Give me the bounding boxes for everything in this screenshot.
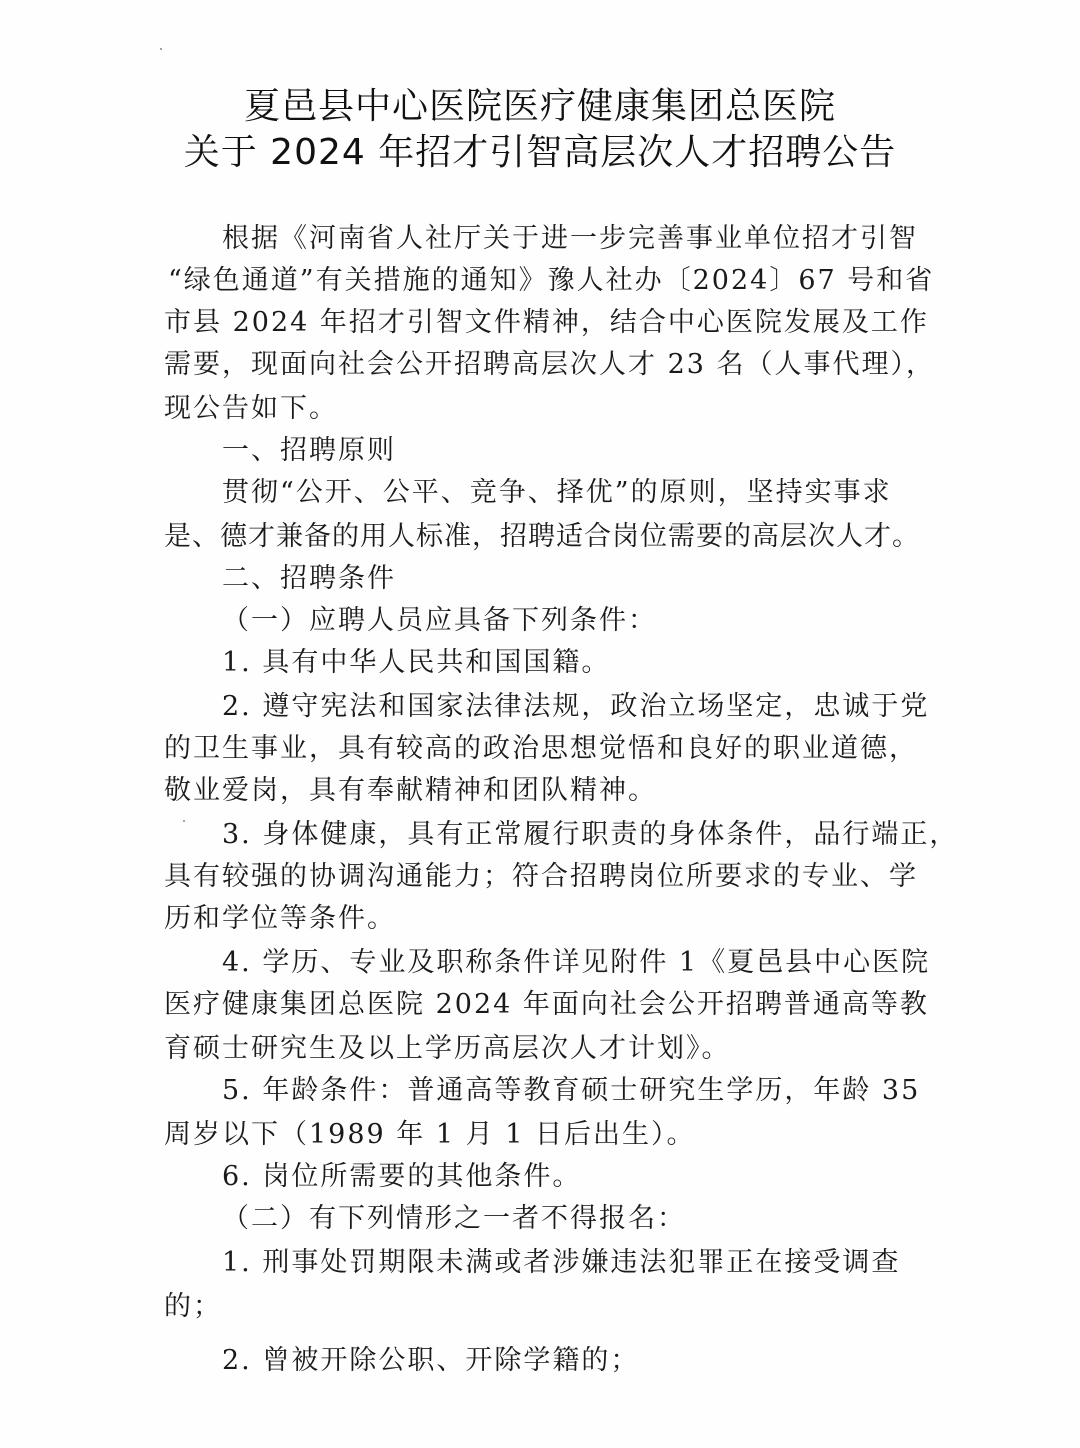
scan-speck: [183, 820, 185, 822]
subsection-heading-disqualifications: （二）有下列情形之一者不得报名：: [222, 1196, 686, 1235]
disqualification-item-2: 2. 曾被开除公职、开除学籍的；: [222, 1338, 639, 1377]
requirement-item-2: 2. 遵守宪法和国家法律法规，政治立场坚定，忠诚于党: [222, 684, 929, 723]
intro-paragraph-line: 现公告如下。: [164, 386, 338, 425]
requirement-item-4: 4. 学历、专业及职称条件详见附件 1《夏邑县中心医院: [222, 940, 930, 979]
requirement-item-6: 6. 岗位所需要的其他条件。: [222, 1154, 581, 1193]
disqualification-item-1: 1. 刑事处罚期限未满或者涉嫌违法犯罪正在接受调查: [222, 1240, 900, 1279]
intro-paragraph-line: 根据《河南省人社厅关于进一步完善事业单位招才引智: [222, 216, 918, 255]
principles-paragraph-line: 是、德才兼备的用人标准，招聘适合岗位需要的高层次人才。: [164, 514, 920, 553]
requirement-item-5: 5. 年龄条件：普通高等教育硕士研究生学历，年龄 35: [222, 1068, 920, 1107]
requirement-item-3: 3. 身体健康，具有正常履行职责的身体条件，品行端正，: [222, 812, 958, 851]
requirement-item-3-cont: 历和学位等条件。: [164, 896, 396, 935]
requirement-item-5-cont: 周岁以下（1989 年 1 月 1 日后出生）。: [164, 1112, 695, 1151]
document-page: 夏邑县中心医院医疗健康集团总医院 关于 2024 年招才引智高层次人才招聘公告 …: [0, 0, 1080, 1448]
requirement-item-1: 1. 具有中华人民共和国国籍。: [222, 640, 610, 679]
intro-paragraph-line: 市县 2024 年招才引智文件精神，结合中心医院发展及工作: [164, 300, 929, 339]
disqualification-item-1-cont: 的；: [164, 1284, 222, 1323]
intro-paragraph-line: “绿色通道”有关措施的通知》豫人社办〔2024〕67 号和省: [168, 258, 934, 297]
document-title-line-1: 夏邑县中心医院医疗健康集团总医院: [0, 78, 1080, 129]
subsection-heading-requirements: （一）应聘人员应具备下列条件：: [222, 598, 657, 637]
section-heading-principles: 一、招聘原则: [222, 428, 396, 467]
principles-paragraph-line: 贯彻“公开、公平、竞争、择优”的原则，坚持实事求: [222, 470, 892, 509]
requirement-item-4-cont: 育硕士研究生及以上学历高层次人才计划》。: [164, 1026, 731, 1065]
intro-paragraph-line: 需要，现面向社会公开招聘高层次人才 23 名（人事代理），: [164, 342, 935, 381]
scan-speck: [160, 48, 162, 50]
requirement-item-3-cont: 具有较强的协调沟通能力；符合招聘岗位所要求的专业、学: [164, 854, 918, 893]
requirement-item-4-cont: 医疗健康集团总医院 2024 年面向社会公开招聘普通高等教: [164, 982, 929, 1021]
requirement-item-2-cont: 敬业爱岗，具有奉献精神和团队精神。: [164, 768, 657, 807]
document-title-line-2: 关于 2024 年招才引智高层次人才招聘公告: [0, 124, 1080, 175]
requirement-item-2-cont: 的卫生事业，具有较高的政治思想觉悟和良好的职业道德，: [164, 726, 918, 765]
section-heading-conditions: 二、招聘条件: [222, 556, 396, 595]
